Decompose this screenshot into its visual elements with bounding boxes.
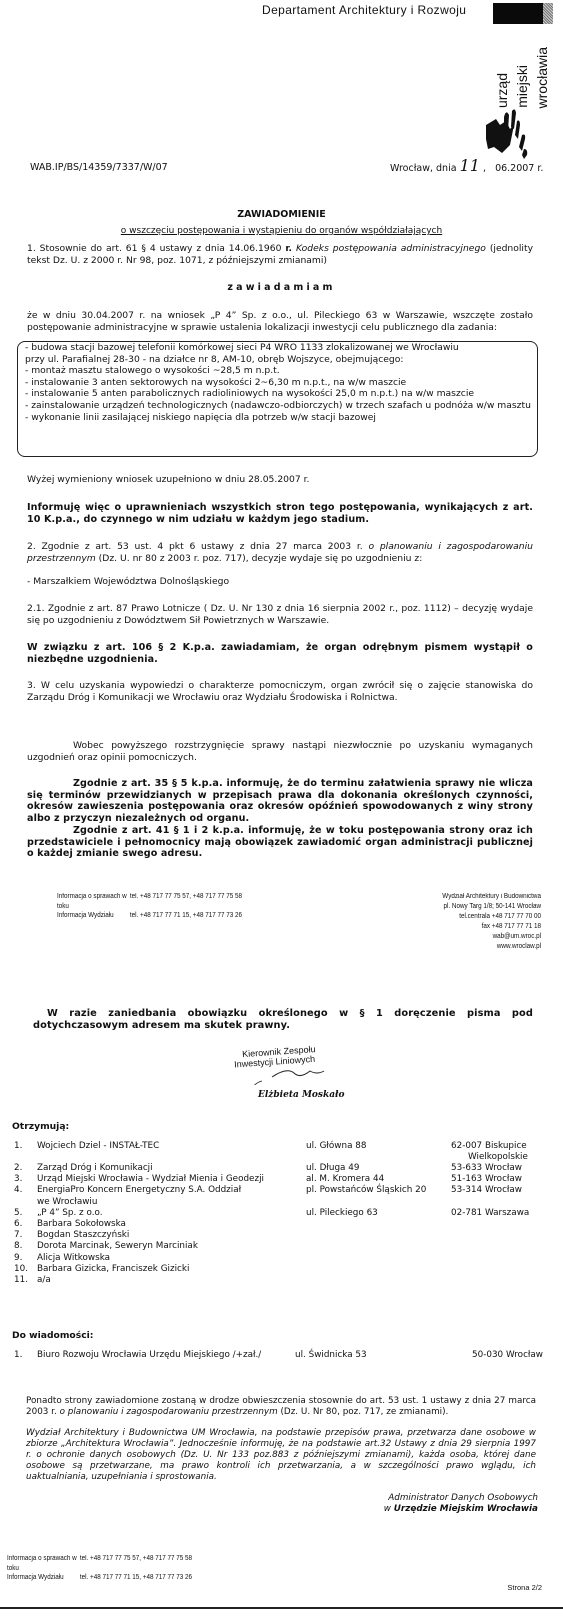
- rights-notice: Informuję więc o uprawnieniach wszystkic…: [27, 502, 533, 525]
- wroclaw-city-logo-icon: [484, 105, 534, 160]
- resolution-note: Wobec powyższego rozstrzygnięcie sprawy …: [27, 740, 533, 763]
- recipients-heading: Otrzymują:: [12, 1121, 69, 1133]
- list-item: 2.Zarząd Dróg i Komunikacji ul. Długa 49…: [0, 1163, 563, 1174]
- document-subtitle: o wszczęciu postępowania i wystąpieniu d…: [0, 226, 563, 238]
- department-name: Departament Architektury i Rozwoju: [262, 5, 466, 17]
- art106-notice: W związku z art. 106 § 2 K.p.a. zawiadam…: [27, 642, 533, 665]
- art35-notice: Zgodnie z art. 35 § 5 k.p.a. informuję, …: [27, 778, 533, 824]
- date-handwritten-day: 11: [460, 156, 480, 175]
- list-item: 3.Urząd Miejski Wrocławia - Wydział Mien…: [0, 1174, 563, 1185]
- investment-line: - budowa stacji bazowej telefonii komórk…: [25, 342, 533, 354]
- paragraph-1: 1. Stosownie do art. 61 § 4 ustawy z dni…: [27, 243, 533, 266]
- investment-line: - wykonanie linii zasilającej niskiego n…: [25, 412, 533, 424]
- date-suffix: 06.2007 r.: [495, 163, 543, 174]
- list-item: 11.a/a: [0, 1275, 563, 1286]
- cc-list: 1.Biuro Rozwoju Wrocławia Urzędu Miejski…: [0, 1350, 563, 1362]
- investment-line: - instalowanie 3 anten sektorowych na wy…: [25, 377, 533, 389]
- investment-line: - montaż masztu stalowego o wysokości ~2…: [25, 365, 533, 377]
- list-item: 10.Barbara Gizicka, Franciszek Gizicki: [0, 1264, 563, 1275]
- page-number: Strona 2/2: [507, 1582, 542, 1594]
- cc-heading: Do wiadomości:: [12, 1330, 94, 1342]
- paragraph-3: 3. W celu uzyskania wypowiedzi o charakt…: [27, 680, 533, 703]
- date-prefix: Wrocław, dnia: [390, 163, 457, 174]
- list-item: 9.Alicja Witkowska: [0, 1253, 563, 1264]
- public-notice: Ponadto strony zawiadomione zostaną w dr…: [26, 1396, 536, 1418]
- bottom-rule: [0, 1607, 563, 1609]
- privacy-notice: Wydział Architektury i Budownictwa UM Wr…: [26, 1428, 536, 1483]
- investment-line: przy ul. Parafialnej 28-30 - na działce …: [25, 354, 533, 366]
- handwritten-signature-icon: [232, 1065, 362, 1085]
- investment-list: - budowa stacji bazowej telefonii komórk…: [25, 342, 533, 423]
- paragraph-intro: że w dniu 30.04.2007 r. na wniosek „P 4”…: [27, 310, 533, 333]
- art41-notice: Zgodnie z art. 41 § 1 i 2 k.p.a. informu…: [27, 825, 533, 860]
- investment-line: - zainstalowanie urządzeń technologiczny…: [25, 400, 533, 412]
- list-item: 1.Wojciech Dziel - INSTAŁ-TEC ul. Główna…: [0, 1141, 563, 1163]
- list-item: 6.Barbara Sokołowska: [0, 1219, 563, 1230]
- bottom-contacts: Informacja o sprawach w tokutel. +48 717…: [7, 1554, 192, 1583]
- paragraph-2-item: - Marszałkiem Województwa Dolnośląskiego: [27, 576, 533, 588]
- neglect-notice: W razie zaniedbania obowiązku określoneg…: [33, 1008, 533, 1031]
- logo-line-2: miejski: [515, 65, 530, 108]
- logo-bar: [493, 3, 553, 24]
- signature-stamp: Kierownik Zespołu Inwestycji Liniowych E…: [232, 1045, 362, 1110]
- logo-line-3: wrocławia: [535, 47, 550, 108]
- office-address: Wydział Architektury i Budownictwa pl. N…: [361, 892, 541, 952]
- logo-line-1: urząd: [495, 73, 510, 108]
- list-item: 4.EnergiaPro Koncern Energetyczny S.A. O…: [0, 1185, 563, 1207]
- document-date: Wrocław, dnia 11 , 06.2007 r.: [390, 160, 543, 175]
- recipients-list: 1.Wojciech Dziel - INSTAŁ-TEC ul. Główna…: [0, 1141, 563, 1321]
- list-item: 7.Bogdan Staszczyński: [0, 1230, 563, 1241]
- contacts-block: Informacja o sprawach w tokutel. +48 717…: [57, 892, 242, 921]
- supplemented-note: Wyżej wymieniony wniosek uzupełniono w d…: [27, 474, 533, 486]
- list-item: 1.Biuro Rozwoju Wrocławia Urzędu Miejski…: [0, 1350, 563, 1361]
- email-link[interactable]: wab@um.wroc.pl: [361, 932, 541, 942]
- reference-number: WAB.IP/BS/14359/7337/W/07: [30, 162, 168, 174]
- website-link[interactable]: www.wroclaw.pl: [361, 942, 541, 952]
- data-administrator: Administrator Danych Osobowych w Urzędzi…: [384, 1493, 538, 1515]
- notify-heading: zawiadamiam: [0, 282, 563, 294]
- paragraph-2: 2. Zgodnie z art. 53 ust. 4 pkt 6 ustawy…: [27, 541, 533, 564]
- list-item: 8.Dorota Marcinak, Seweryn Marciniak: [0, 1241, 563, 1252]
- investment-line: - instalowanie 5 anten parabolicznych ra…: [25, 388, 533, 400]
- list-item: 5.„P 4” Sp. z o.o. ul. Pileckiego 6302-7…: [0, 1208, 563, 1219]
- signatory-name: Elżbieta Moskało: [258, 1090, 345, 1102]
- document-title: ZAWIADOMIENIE: [0, 209, 563, 221]
- paragraph-2-1: 2.1. Zgodnie z art. 87 Prawo Lotnicze ( …: [27, 603, 533, 626]
- logo-text: urząd miejski wrocławia: [493, 26, 555, 108]
